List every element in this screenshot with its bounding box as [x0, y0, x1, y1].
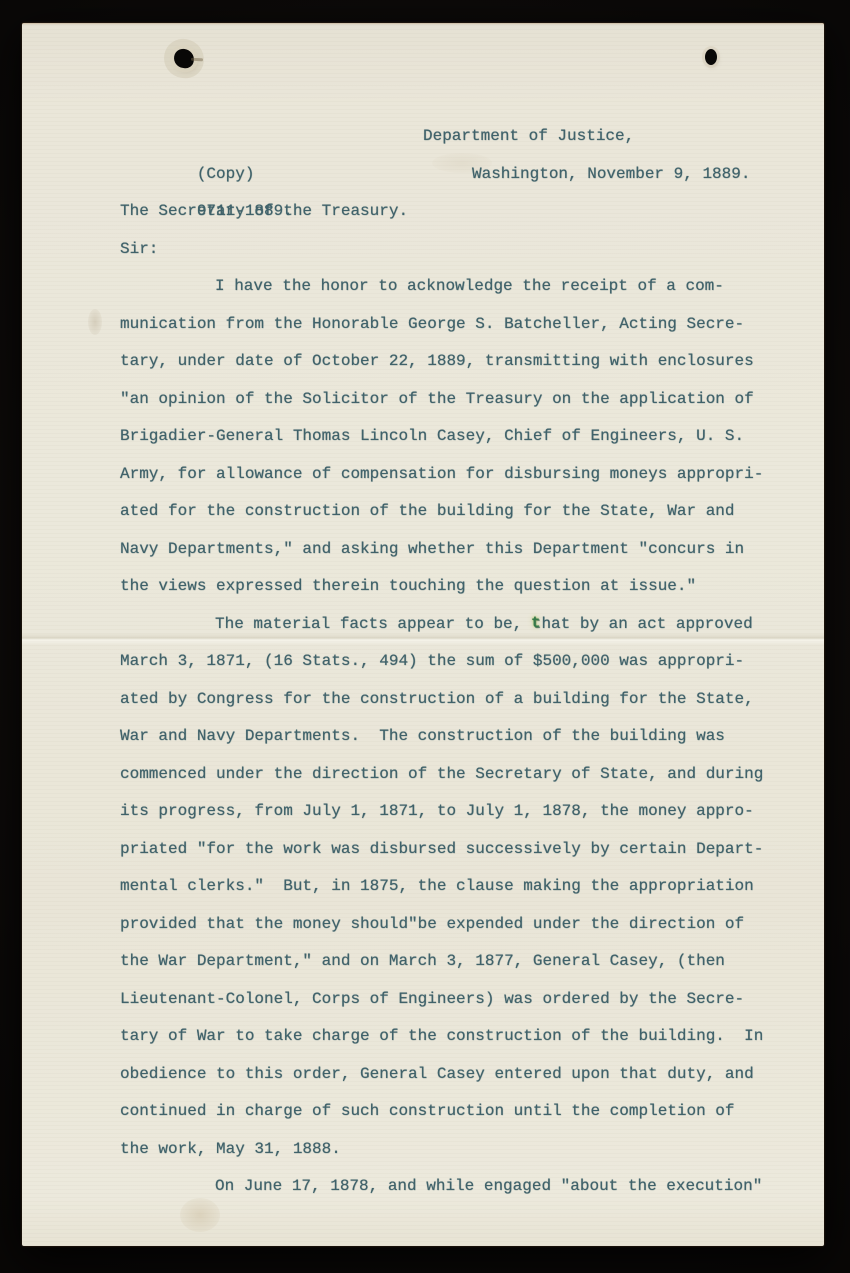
typed-line: tary of War to take charge of the constr…	[120, 1018, 792, 1056]
typed-line: commenced under the direction of the Sec…	[120, 756, 792, 794]
header-row-1: (Copy) Department of Justice,	[120, 118, 792, 156]
photo-background: (Copy) Department of Justice, 9711-1889.…	[0, 0, 850, 1273]
typed-line: The material facts appear to be, that by…	[120, 606, 792, 644]
typed-line: obedience to this order, General Casey e…	[120, 1056, 792, 1094]
typed-line: provided that the money should"be expend…	[120, 906, 792, 944]
punch-hole-left	[173, 48, 196, 70]
typed-line: Lieutenant-Colonel, Corps of Engineers) …	[120, 981, 792, 1019]
typed-line: March 3, 1871, (16 Stats., 494) the sum …	[120, 643, 792, 681]
typed-line: ated for the construction of the buildin…	[120, 493, 792, 531]
letterhead: Department of Justice,	[423, 118, 634, 156]
typed-line: Army, for allowance of compensation for …	[120, 456, 792, 494]
body-paragraphs: I have the honor to acknowledge the rece…	[120, 268, 792, 1206]
dateline: Washington, November 9, 1889.	[472, 156, 750, 194]
typed-line: Brigadier-General Thomas Lincoln Casey, …	[120, 418, 792, 456]
salutation: Sir:	[120, 231, 792, 269]
typed-line: ated by Congress for the construction of…	[120, 681, 792, 719]
typed-line: War and Navy Departments. The constructi…	[120, 718, 792, 756]
typed-line: On June 17, 1878, and while engaged "abo…	[120, 1168, 792, 1206]
document-page: (Copy) Department of Justice, 9711-1889.…	[22, 23, 824, 1246]
typed-line: "an opinion of the Solicitor of the Trea…	[120, 381, 792, 419]
typed-content: (Copy) Department of Justice, 9711-1889.…	[120, 118, 792, 1206]
paper-stain	[88, 309, 102, 335]
overstruck-letter: t	[531, 605, 541, 643]
typed-line: mental clerks." But, in 1875, the clause…	[120, 868, 792, 906]
typed-line: priated "for the work was disbursed succ…	[120, 831, 792, 869]
typed-line: the work, May 31, 1888.	[120, 1131, 792, 1169]
typed-line: its progress, from July 1, 1871, to July…	[120, 793, 792, 831]
typed-line: munication from the Honorable George S. …	[120, 306, 792, 344]
typed-line: I have the honor to acknowledge the rece…	[120, 268, 792, 306]
header-row-2: 9711-1889. Washington, November 9, 1889.	[120, 156, 792, 194]
punch-hole-right	[705, 49, 717, 65]
typed-line: continued in charge of such construction…	[120, 1093, 792, 1131]
typed-line: Navy Departments," and asking whether th…	[120, 531, 792, 569]
typed-line: the War Department," and on March 3, 187…	[120, 943, 792, 981]
typed-line: the views expressed therein touching the…	[120, 568, 792, 606]
addressee: The Secretary of the Treasury.	[120, 193, 792, 231]
typed-line: tary, under date of October 22, 1889, tr…	[120, 343, 792, 381]
